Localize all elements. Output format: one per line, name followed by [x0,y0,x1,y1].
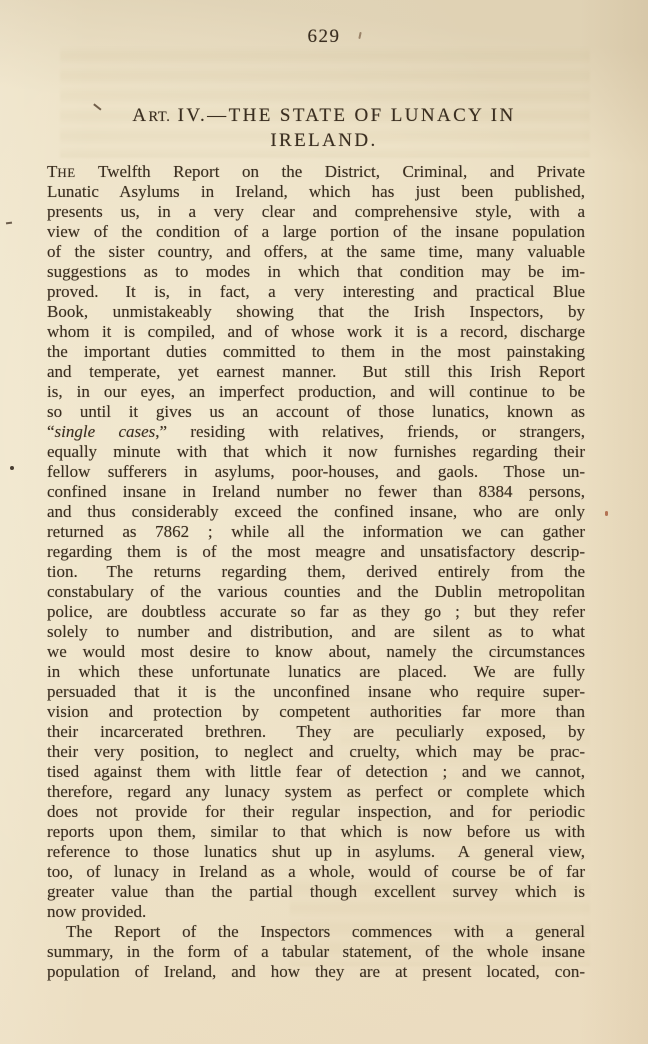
text-line: regarding them is of the most meagre and… [47,542,585,562]
text-line: reports upon them, similar to that which… [47,822,585,842]
text-line: persuaded that it is the unconfined insa… [47,682,585,702]
ink-speck [10,466,14,470]
text-line: so until it gives us an account of those… [47,402,585,422]
text-line: and temperate, yet earnest manner. But s… [47,362,585,382]
text-line: vision and protection by competent autho… [47,702,585,722]
text-line: therefore, regard any lunacy system as p… [47,782,585,802]
text-line: equally minute with that which it now fu… [47,442,585,462]
text-line: proved. It is, in fact, a very interesti… [47,282,585,302]
text-line: presents us, in a very clear and compreh… [47,202,585,222]
ink-speck [605,511,608,516]
text-line: Lunatic Asylums in Ireland, which has ju… [47,182,585,202]
text-line: whom it is compiled, and of whose work i… [47,322,585,342]
text-line: returned as 7862 ; while all the informa… [47,522,585,542]
text-line: the important duties committed to them i… [47,342,585,362]
text-line: now provided. [47,902,585,922]
text-line: solely to number and distribution, and a… [47,622,585,642]
article-title: ART. IV.—THE STATE OF LUNACY IN IRELAND. [0,104,648,153]
page-number: 629 [0,26,648,48]
ink-speck [6,222,12,225]
text-line: in which these unfortunate lunatics are … [47,662,585,682]
text-line: of the sister country, and offers, at th… [47,242,585,262]
text-line: fellow sufferers in asylums, poor-houses… [47,462,585,482]
scanned-book-page: 629 ART. IV.—THE STATE OF LUNACY IN IREL… [0,0,648,1044]
text-line: tised against them with little fear of d… [47,762,585,782]
text-line: too, of lunacy in Ireland as a whole, wo… [47,862,585,882]
text-line: police, are doubtless accurate so far as… [47,602,585,622]
text-line: their very position, to neglect and crue… [47,742,585,762]
text-line: their incarcerated brethren. They are pe… [47,722,585,742]
text-line: “single cases,” residing with relatives,… [47,422,585,442]
text-line: THE Twelfth Report on the District, Crim… [47,162,585,182]
text-line: reference to those lunatics shut up in a… [47,842,585,862]
text-line: view of the condition of a large portion… [47,222,585,242]
text-line: constabulary of the various counties and… [47,582,585,602]
text-line: greater value than the partial though ex… [47,882,585,902]
text-line: is, in our eyes, an imperfect production… [47,382,585,402]
text-line: we would most desire to know about, name… [47,642,585,662]
text-line: confined insane in Ireland number no few… [47,482,585,502]
text-line: suggestions as to modes in which that co… [47,262,585,282]
article-title-line-1: ART. IV.—THE STATE OF LUNACY IN [0,104,648,129]
text-line: and thus considerably exceed the confine… [47,502,585,522]
text-line: population of Ireland, and how they are … [47,962,585,982]
text-line: The Report of the Inspectors commences w… [47,922,585,942]
body-text-block: THE Twelfth Report on the District, Crim… [47,162,585,982]
text-line: does not provide for their regular inspe… [47,802,585,822]
text-line: Book, unmistakeably showing that the Iri… [47,302,585,322]
text-line: tion. The returns regarding them, derive… [47,562,585,582]
text-line: summary, in the form of a tabular statem… [47,942,585,962]
article-title-line-2: IRELAND. [0,129,648,153]
